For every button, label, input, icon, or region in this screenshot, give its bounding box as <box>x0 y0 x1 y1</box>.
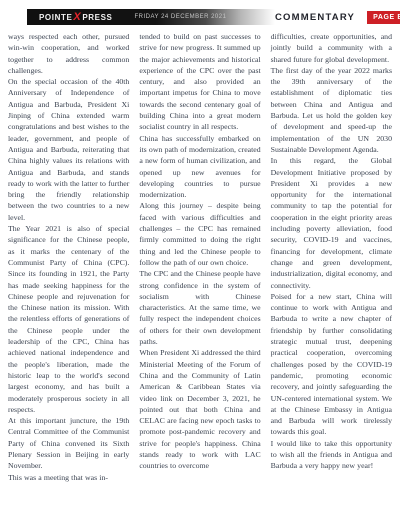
paragraph: The first day of the year 2022 marks the… <box>271 65 392 155</box>
article-column-2: tended to build on past successes to str… <box>139 31 260 483</box>
paragraph: The CPC and the Chinese people have stro… <box>139 268 260 347</box>
page-header: POINTE X PRESS FRIDAY 24 DECEMBER 2021 C… <box>0 0 400 26</box>
newspaper-page: POINTE X PRESS FRIDAY 24 DECEMBER 2021 C… <box>0 0 400 530</box>
logo-text-right: PRESS <box>82 13 112 22</box>
article-column-3: difficulties, create opportunities, and … <box>271 31 392 483</box>
paragraph: At this important juncture, the 19th Cen… <box>8 415 129 471</box>
newspaper-logo: POINTE X PRESS <box>39 11 112 23</box>
logo-text-left: POINTE <box>39 13 72 22</box>
paragraph: difficulties, create opportunities, and … <box>271 31 392 65</box>
issue-date: FRIDAY 24 DECEMBER 2021 <box>134 14 226 20</box>
page-number-badge: PAGE B <box>367 11 400 24</box>
paragraph: The Year 2021 is also of special signifi… <box>8 223 129 415</box>
paragraph: This was a meeting that was in- <box>8 472 129 483</box>
paragraph: Poised for a new start, China will conti… <box>271 291 392 438</box>
paragraph: When President Xi addressed the third Mi… <box>139 347 260 471</box>
paragraph: In this regard, the Global Development I… <box>271 155 392 291</box>
paragraph: tended to build on past successes to str… <box>139 31 260 133</box>
paragraph: ways respected each other, pursued win-w… <box>8 31 129 76</box>
article-body: ways respected each other, pursued win-w… <box>0 26 400 483</box>
paragraph: I would like to take this opportunity to… <box>271 438 392 472</box>
paragraph: China has successfully embarked on its o… <box>139 133 260 201</box>
logo-x-icon: X <box>73 11 81 23</box>
paragraph: Along this journey – despite being faced… <box>139 200 260 268</box>
article-column-1: ways respected each other, pursued win-w… <box>8 31 129 483</box>
masthead-bar: POINTE X PRESS FRIDAY 24 DECEMBER 2021 <box>27 9 275 25</box>
paragraph: On the special occasion of the 40th Anni… <box>8 76 129 223</box>
section-title: COMMENTARY <box>275 12 355 23</box>
